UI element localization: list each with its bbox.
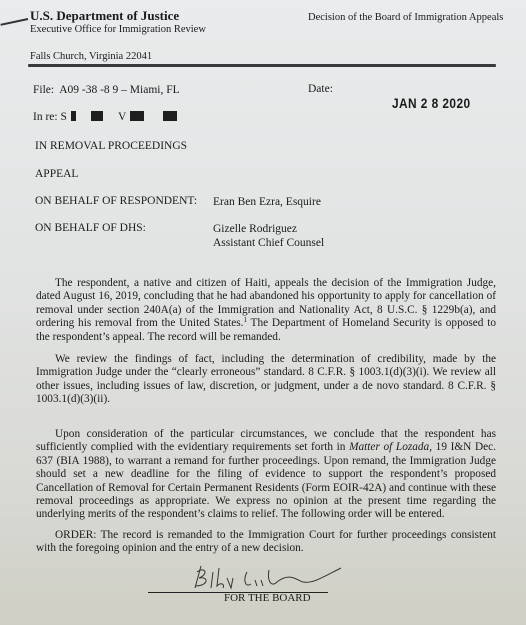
signature-scribble	[185, 558, 345, 592]
header-rule	[28, 64, 496, 67]
paragraph-background: The respondent, a native and citizen of …	[36, 277, 496, 344]
date-stamp: JAN 2 8 2020	[392, 95, 471, 111]
dhs-counsel: Gizelle Rodriguez Assistant Chief Counse…	[213, 222, 324, 250]
date-label: Date:	[308, 83, 333, 95]
file-label: File:	[33, 84, 54, 96]
office-location: Falls Church, Virginia 22041	[30, 51, 152, 62]
respondent-counsel: Eran Ben Ezra, Esquire	[213, 195, 321, 209]
file-line: File: A09 -38 -8 9 – Miami, FL	[33, 84, 180, 96]
in-re-label: In re:	[33, 111, 58, 123]
signature-label: FOR THE BOARD	[224, 592, 311, 604]
paragraph-standard-of-review: We review the findings of fact, includin…	[36, 353, 496, 407]
file-number: A09 -38 -8 9 – Miami, FL	[59, 84, 179, 96]
office-name: Executive Office for Immigration Review	[30, 24, 206, 35]
dhs-counsel-name: Gizelle Rodriguez	[213, 222, 324, 236]
order-paragraph: ORDER: The record is remanded to the Imm…	[36, 529, 496, 556]
in-re-line: In re: S V	[33, 111, 177, 123]
department-title: U.S. Department of Justice	[30, 8, 179, 24]
proceedings-heading: IN REMOVAL PROCEEDINGS	[35, 140, 187, 152]
dhs-counsel-title: Assistant Chief Counsel	[213, 236, 324, 250]
header-mark-line	[0, 18, 28, 26]
board-title: Decision of the Board of Immigration App…	[308, 12, 503, 23]
paragraph-analysis: Upon consideration of the particular cir…	[36, 428, 496, 522]
in-re-name-redacted: S V	[60, 111, 176, 123]
case-citation: Matter of Lozada	[349, 441, 429, 453]
appeal-heading: APPEAL	[35, 168, 78, 180]
bia-decision-page: U.S. Department of Justice Executive Off…	[0, 0, 526, 625]
dhs-label: ON BEHALF OF DHS:	[35, 222, 146, 234]
respondent-label: ON BEHALF OF RESPONDENT:	[35, 195, 197, 207]
